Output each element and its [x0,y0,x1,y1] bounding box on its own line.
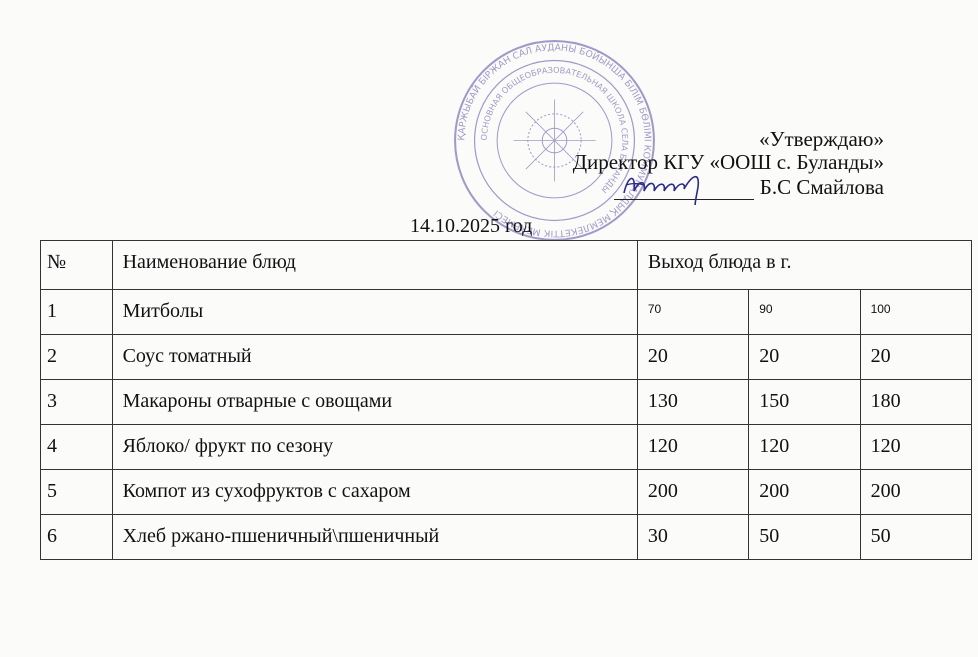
yield-value: 130 [637,380,748,425]
yield-value: 200 [637,470,748,515]
row-number: 3 [41,380,113,425]
yield-value: 20 [860,335,971,380]
yield-value: 120 [637,425,748,470]
table-header-row: № Наименование блюд Выход блюда в г. [41,241,972,290]
yield-value: 50 [860,515,971,560]
table-row: 6 Хлеб ржано-пшеничный\пшеничный 30 50 5… [41,515,972,560]
signatory-name: Б.С Смайлова [760,175,884,200]
row-number: 4 [41,425,113,470]
yield-value: 200 [860,470,971,515]
official-stamp: ҚАРЖЫБАЙ БІРЖАН САЛ АУДАНЫ БОЙЫНША БІЛІМ… [452,38,657,243]
yield-value: 180 [860,380,971,425]
dish-name: Яблоко/ фрукт по сезону [112,425,637,470]
dish-name: Компот из сухофруктов с сахаром [112,470,637,515]
svg-text:ҚАРЖЫБАЙ БІРЖАН САЛ АУДАНЫ БОЙ: ҚАРЖЫБАЙ БІРЖАН САЛ АУДАНЫ БОЙЫНША БІЛІМ… [456,42,653,239]
table-row: 5 Компот из сухофруктов с сахаром 200 20… [41,470,972,515]
handwritten-signature-icon [614,165,754,205]
table-row: 4 Яблоко/ фрукт по сезону 120 120 120 [41,425,972,470]
yield-value: 200 [749,470,860,515]
table-row: 1 Митболы 70 90 100 [41,290,972,335]
table-row: 3 Макароны отварные с овощами 130 150 18… [41,380,972,425]
header-number: № [41,241,113,290]
yield-value: 50 [749,515,860,560]
header-yield: Выход блюда в г. [637,241,971,290]
signature-line [614,179,754,200]
header-dish-name: Наименование блюд [112,241,637,290]
approval-signature-block: Б.С Смайлова [614,175,884,200]
row-number: 1 [41,290,113,335]
yield-value: 90 [749,290,860,335]
menu-table: № Наименование блюд Выход блюда в г. 1 М… [40,240,972,560]
yield-value: 70 [637,290,748,335]
menu-date: 14.10.2025 год [410,214,532,238]
dish-name: Макароны отварные с овощами [112,380,637,425]
yield-value: 20 [749,335,860,380]
dish-name: Соус томатный [112,335,637,380]
yield-value: 30 [637,515,748,560]
yield-value: 120 [860,425,971,470]
svg-text:ОСНОВНАЯ ОБЩЕОБРАЗОВАТЕЛЬНАЯ Ш: ОСНОВНАЯ ОБЩЕОБРАЗОВАТЕЛЬНАЯ ШКОЛА СЕЛА … [479,65,630,196]
table-row: 2 Соус томатный 20 20 20 [41,335,972,380]
row-number: 2 [41,335,113,380]
approval-title: «Утверждаю» [759,127,884,152]
row-number: 6 [41,515,113,560]
dish-name: Хлеб ржано-пшеничный\пшеничный [112,515,637,560]
dish-name: Митболы [112,290,637,335]
yield-value: 100 [860,290,971,335]
row-number: 5 [41,470,113,515]
yield-value: 120 [749,425,860,470]
yield-value: 150 [749,380,860,425]
yield-value: 20 [637,335,748,380]
